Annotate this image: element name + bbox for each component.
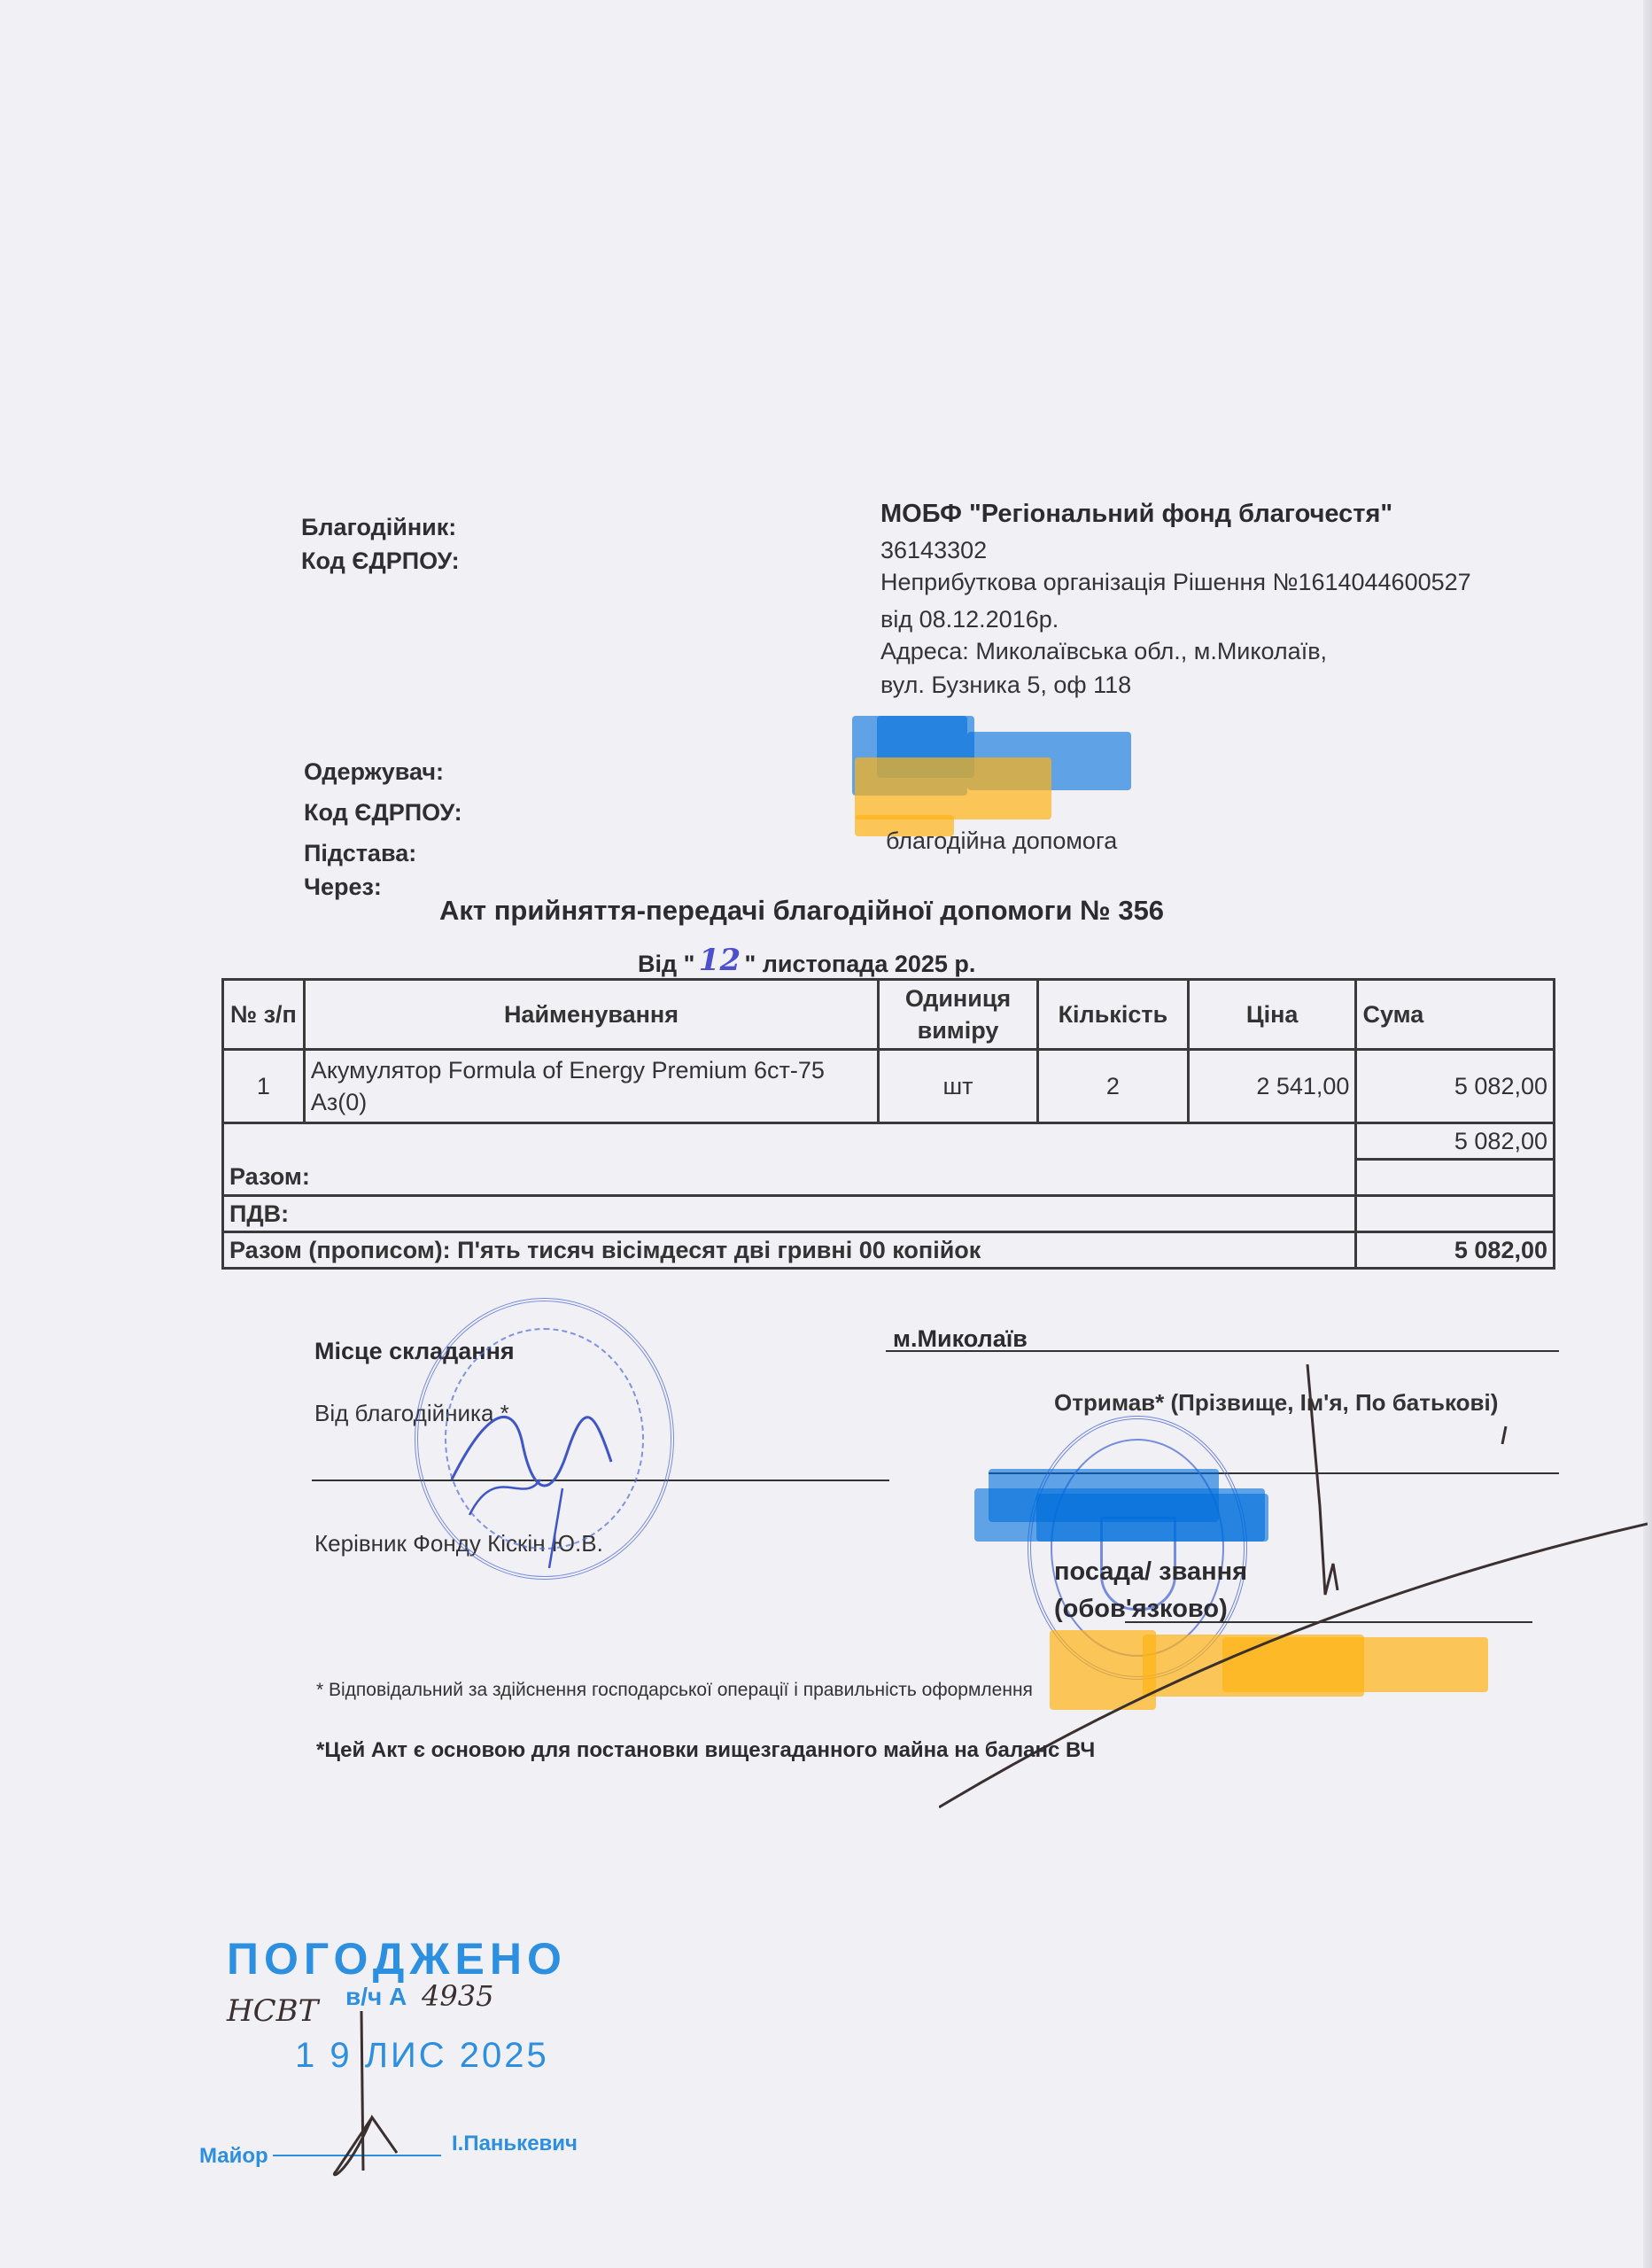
cell-qty: 2 (1037, 1050, 1188, 1123)
total-label: Разом: (223, 1160, 1356, 1196)
table-header-row: № з/п Найменування Одиниця виміру Кількі… (223, 980, 1555, 1050)
donor-name: МОБФ "Регіональний фонд благочестя" (880, 500, 1392, 529)
cell-number: 1 (223, 1050, 305, 1123)
act-date-suffix: " листопада 2025 р. (744, 951, 975, 977)
cell-name: Акумулятор Formula of Energy Premium 6ст… (304, 1050, 878, 1123)
header-number: № з/п (223, 980, 305, 1050)
approval-title: ПОГОДЖЕНО (227, 1933, 567, 1984)
items-table: № з/п Найменування Одиниця виміру Кількі… (221, 978, 1555, 1270)
approval-unit-prefix: в/ч А (345, 1983, 407, 2011)
cell-sum: 5 082,00 (1356, 1050, 1555, 1123)
words-row: Разом (прописом): П'ять тисяч вісімдесят… (223, 1232, 1555, 1269)
approval-handwritten-left: НСВТ (227, 1993, 318, 2029)
total-row: Разом: (223, 1160, 1555, 1196)
approval-signature-icon (319, 2011, 425, 2179)
cell-unit: шт (879, 1050, 1038, 1123)
subtotal-row: 5 082,00 (223, 1123, 1555, 1160)
donor-status-line2: від 08.12.2016р. (880, 606, 1059, 633)
header-price: Ціна (1188, 980, 1356, 1050)
total-value (1356, 1160, 1555, 1196)
donor-status-line1: Неприбуткова організація Рішення №161404… (880, 569, 1471, 596)
redaction-recipient-code (855, 757, 1051, 819)
donor-label: Благодійник: (301, 514, 456, 541)
header-sum: Сума (1356, 980, 1555, 1050)
act-date-prefix: Від " (638, 951, 694, 977)
vat-label: ПДВ: (223, 1196, 1356, 1232)
approval-unit-number: 4935 (422, 1979, 493, 2013)
basis-value: благодійна допомога (886, 827, 1117, 855)
donor-code-label: Код ЄДРПОУ: (301, 548, 460, 575)
act-date: Від "12" листопада 2025 р. (638, 944, 975, 982)
place-line (886, 1350, 1559, 1352)
subtotal-spacer (223, 1123, 1356, 1160)
donor-address-line2: вул. Бузника 5, оф 118 (880, 672, 1131, 699)
place-value: м.Миколаїв (893, 1325, 1028, 1353)
footnote-responsible: * Відповідальний за здійснення господарс… (316, 1680, 1033, 1701)
cell-price: 2 541,00 (1188, 1050, 1356, 1123)
total-in-words: Разом (прописом): П'ять тисяч вісімдесят… (223, 1232, 1356, 1269)
recipient-code-label: Код ЄДРПОУ: (304, 799, 462, 827)
footnote-balance: *Цей Акт є основою для постановки вищезг… (316, 1738, 1095, 1763)
recipient-label: Одержувач: (304, 758, 444, 786)
table-row: 1 Акумулятор Formula of Energy Premium 6… (223, 1050, 1555, 1123)
header-qty: Кількість (1037, 980, 1188, 1050)
act-title: Акт прийняття-передачі благодійної допом… (439, 895, 1164, 927)
scan-edge (1643, 0, 1652, 2268)
vat-value (1356, 1196, 1555, 1232)
vat-row: ПДВ: (223, 1196, 1555, 1232)
via-label: Через: (304, 874, 382, 901)
donor-address-line1: Адреса: Миколаївська обл., м.Миколаїв, (880, 638, 1327, 665)
subtotal-value: 5 082,00 (1356, 1123, 1555, 1160)
header-name: Найменування (304, 980, 878, 1050)
header-unit: Одиниця виміру (879, 980, 1038, 1050)
approval-name: І.Панькевич (452, 2132, 578, 2156)
basis-label: Підстава: (304, 840, 416, 867)
donor-code: 36143302 (880, 537, 987, 564)
approval-rank: Майор (199, 2144, 268, 2169)
donor-signature-icon (416, 1302, 673, 1568)
act-date-day: 12 (699, 943, 741, 978)
total-in-words-value: 5 082,00 (1356, 1232, 1555, 1269)
